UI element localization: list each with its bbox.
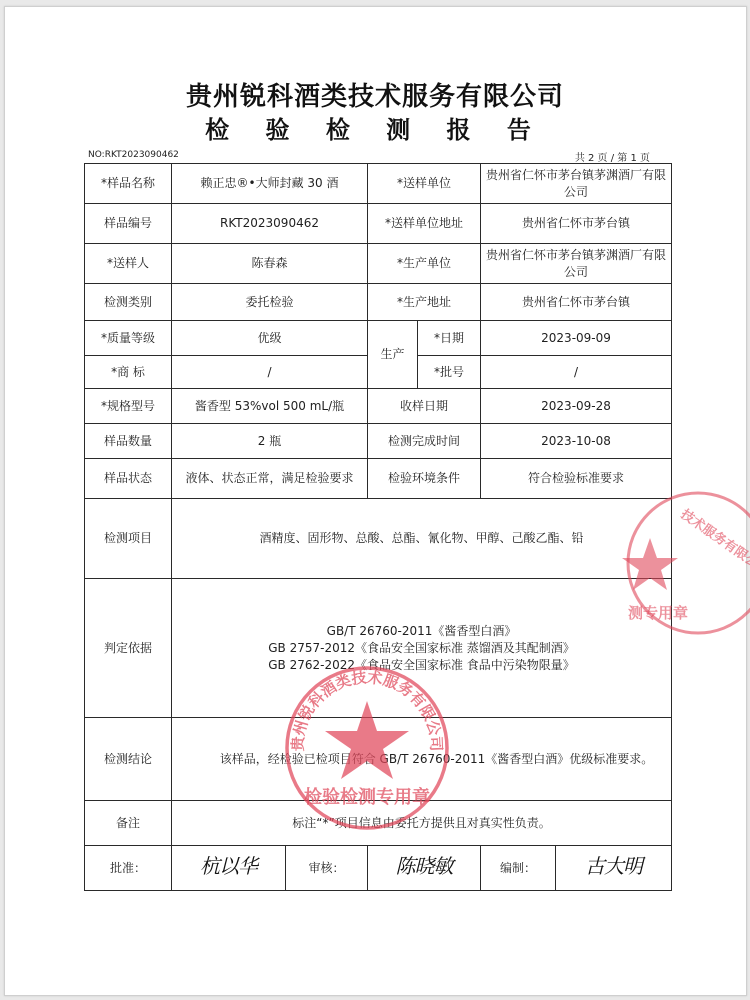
quantity-value: 2 瓶 xyxy=(172,424,368,459)
batch-no-label: *批号 xyxy=(418,356,481,389)
table-row: *规格型号 酱香型 53%vol 500 mL/瓶 收样日期 2023-09-2… xyxy=(85,389,672,424)
basis-line: GB/T 26760-2011《酱香型白酒》 xyxy=(176,623,667,640)
production-date-value: 2023-09-09 xyxy=(481,321,672,356)
sample-state-label: 样品状态 xyxy=(85,459,172,499)
basis-value: GB/T 26760-2011《酱香型白酒》 GB 2757-2012《食品安全… xyxy=(172,579,672,718)
table-row: 备注 标注“*”项目信息由委托方提供且对真实性负责。 xyxy=(85,801,672,846)
sender-value: 陈春森 xyxy=(172,244,368,284)
producer-address-label: *生产地址 xyxy=(368,284,481,321)
sender-unit-value: 贵州省仁怀市茅台镇茅渊酒厂有限公司 xyxy=(481,164,672,204)
sender-address-label: *送样单位地址 xyxy=(368,204,481,244)
finish-date-value: 2023-10-08 xyxy=(481,424,672,459)
table-row: 检测类别 委托检验 *生产地址 贵州省仁怀市茅台镇 xyxy=(85,284,672,321)
sender-address-value: 贵州省仁怀市茅台镇 xyxy=(481,204,672,244)
remarks-label: 备注 xyxy=(85,801,172,846)
environment-value: 符合检验标准要求 xyxy=(481,459,672,499)
test-items-label: 检测项目 xyxy=(85,499,172,579)
company-name: 贵州锐科酒类技术服务有限公司 xyxy=(0,76,750,113)
signature-row: 批准： 杭以华 审核： 陈晓敏 编制： 古大明 xyxy=(85,846,672,891)
quality-grade-label: *质量等级 xyxy=(85,321,172,356)
report-title: 检 验 检 测 报 告 xyxy=(0,110,750,145)
table-row: 检测项目 酒精度、固形物、总酸、总酯、氰化物、甲醇、己酸乙酯、铅 xyxy=(85,499,672,579)
sender-unit-label: *送样单位 xyxy=(368,164,481,204)
table-row: 样品状态 液体、状态正常，满足检验要求 检验环境条件 符合检验标准要求 xyxy=(85,459,672,499)
receive-date-label: 收样日期 xyxy=(368,389,481,424)
table-row: *送样人 陈春森 *生产单位 贵州省仁怀市茅台镇茅渊酒厂有限公司 xyxy=(85,244,672,284)
receive-date-value: 2023-09-28 xyxy=(481,389,672,424)
table-row: 判定依据 GB/T 26760-2011《酱香型白酒》 GB 2757-2012… xyxy=(85,579,672,718)
basis-line: GB 2762-2022《食品安全国家标准 食品中污染物限量》 xyxy=(176,657,667,674)
report-table: *样品名称 赖正忠®•大师封藏 30 酒 *送样单位 贵州省仁怀市茅台镇茅渊酒厂… xyxy=(84,163,672,891)
page-info: 共 2 页 / 第 1 页 xyxy=(575,149,650,164)
producer-label: *生产单位 xyxy=(368,244,481,284)
table-row: 样品数量 2 瓶 检测完成时间 2023-10-08 xyxy=(85,424,672,459)
producer-value: 贵州省仁怀市茅台镇茅渊酒厂有限公司 xyxy=(481,244,672,284)
production-date-label: *日期 xyxy=(418,321,481,356)
conclusion-label: 检测结论 xyxy=(85,718,172,801)
compile-signature: 古大明 xyxy=(556,846,672,891)
document-number: NO:RKT2023090462 xyxy=(88,150,179,160)
trademark-label: *商 标 xyxy=(85,356,172,389)
table-row: *样品名称 赖正忠®•大师封藏 30 酒 *送样单位 贵州省仁怀市茅台镇茅渊酒厂… xyxy=(85,164,672,204)
approve-label: 批准： xyxy=(85,846,172,891)
basis-line: GB 2757-2012《食品安全国家标准 蒸馏酒及其配制酒》 xyxy=(176,640,667,657)
compile-label: 编制： xyxy=(481,846,556,891)
sample-name-label: *样品名称 xyxy=(85,164,172,204)
sample-state-value: 液体、状态正常，满足检验要求 xyxy=(172,459,368,499)
quantity-label: 样品数量 xyxy=(85,424,172,459)
compile-signature-text: 古大明 xyxy=(585,854,642,878)
test-items-value: 酒精度、固形物、总酸、总酯、氰化物、甲醇、己酸乙酯、铅 xyxy=(172,499,672,579)
test-type-value: 委托检验 xyxy=(172,284,368,321)
table-row: *质量等级 优级 生产 *日期 2023-09-09 xyxy=(85,321,672,356)
remarks-value: 标注“*”项目信息由委托方提供且对真实性负责。 xyxy=(172,801,672,846)
environment-label: 检验环境条件 xyxy=(368,459,481,499)
sample-no-label: 样品编号 xyxy=(85,204,172,244)
approve-signature-text: 杭以华 xyxy=(200,854,257,878)
approve-signature: 杭以华 xyxy=(172,846,286,891)
spec-label: *规格型号 xyxy=(85,389,172,424)
quality-grade-value: 优级 xyxy=(172,321,368,356)
trademark-value: / xyxy=(172,356,368,389)
sender-label: *送样人 xyxy=(85,244,172,284)
batch-no-value: / xyxy=(481,356,672,389)
basis-label: 判定依据 xyxy=(85,579,172,718)
review-label: 审核： xyxy=(286,846,368,891)
producer-address-value: 贵州省仁怀市茅台镇 xyxy=(481,284,672,321)
table-row: 样品编号 RKT2023090462 *送样单位地址 贵州省仁怀市茅台镇 xyxy=(85,204,672,244)
test-type-label: 检测类别 xyxy=(85,284,172,321)
sample-no-value: RKT2023090462 xyxy=(172,204,368,244)
review-signature: 陈晓敏 xyxy=(368,846,481,891)
finish-date-label: 检测完成时间 xyxy=(368,424,481,459)
review-signature-text: 陈晓敏 xyxy=(396,854,453,878)
production-group-label: 生产 xyxy=(368,321,418,389)
table-row: 检测结论 该样品，经检验已检项目符合 GB/T 26760-2011《酱香型白酒… xyxy=(85,718,672,801)
spec-value: 酱香型 53%vol 500 mL/瓶 xyxy=(172,389,368,424)
conclusion-value: 该样品，经检验已检项目符合 GB/T 26760-2011《酱香型白酒》优级标准… xyxy=(172,718,672,801)
sample-name-value: 赖正忠®•大师封藏 30 酒 xyxy=(172,164,368,204)
